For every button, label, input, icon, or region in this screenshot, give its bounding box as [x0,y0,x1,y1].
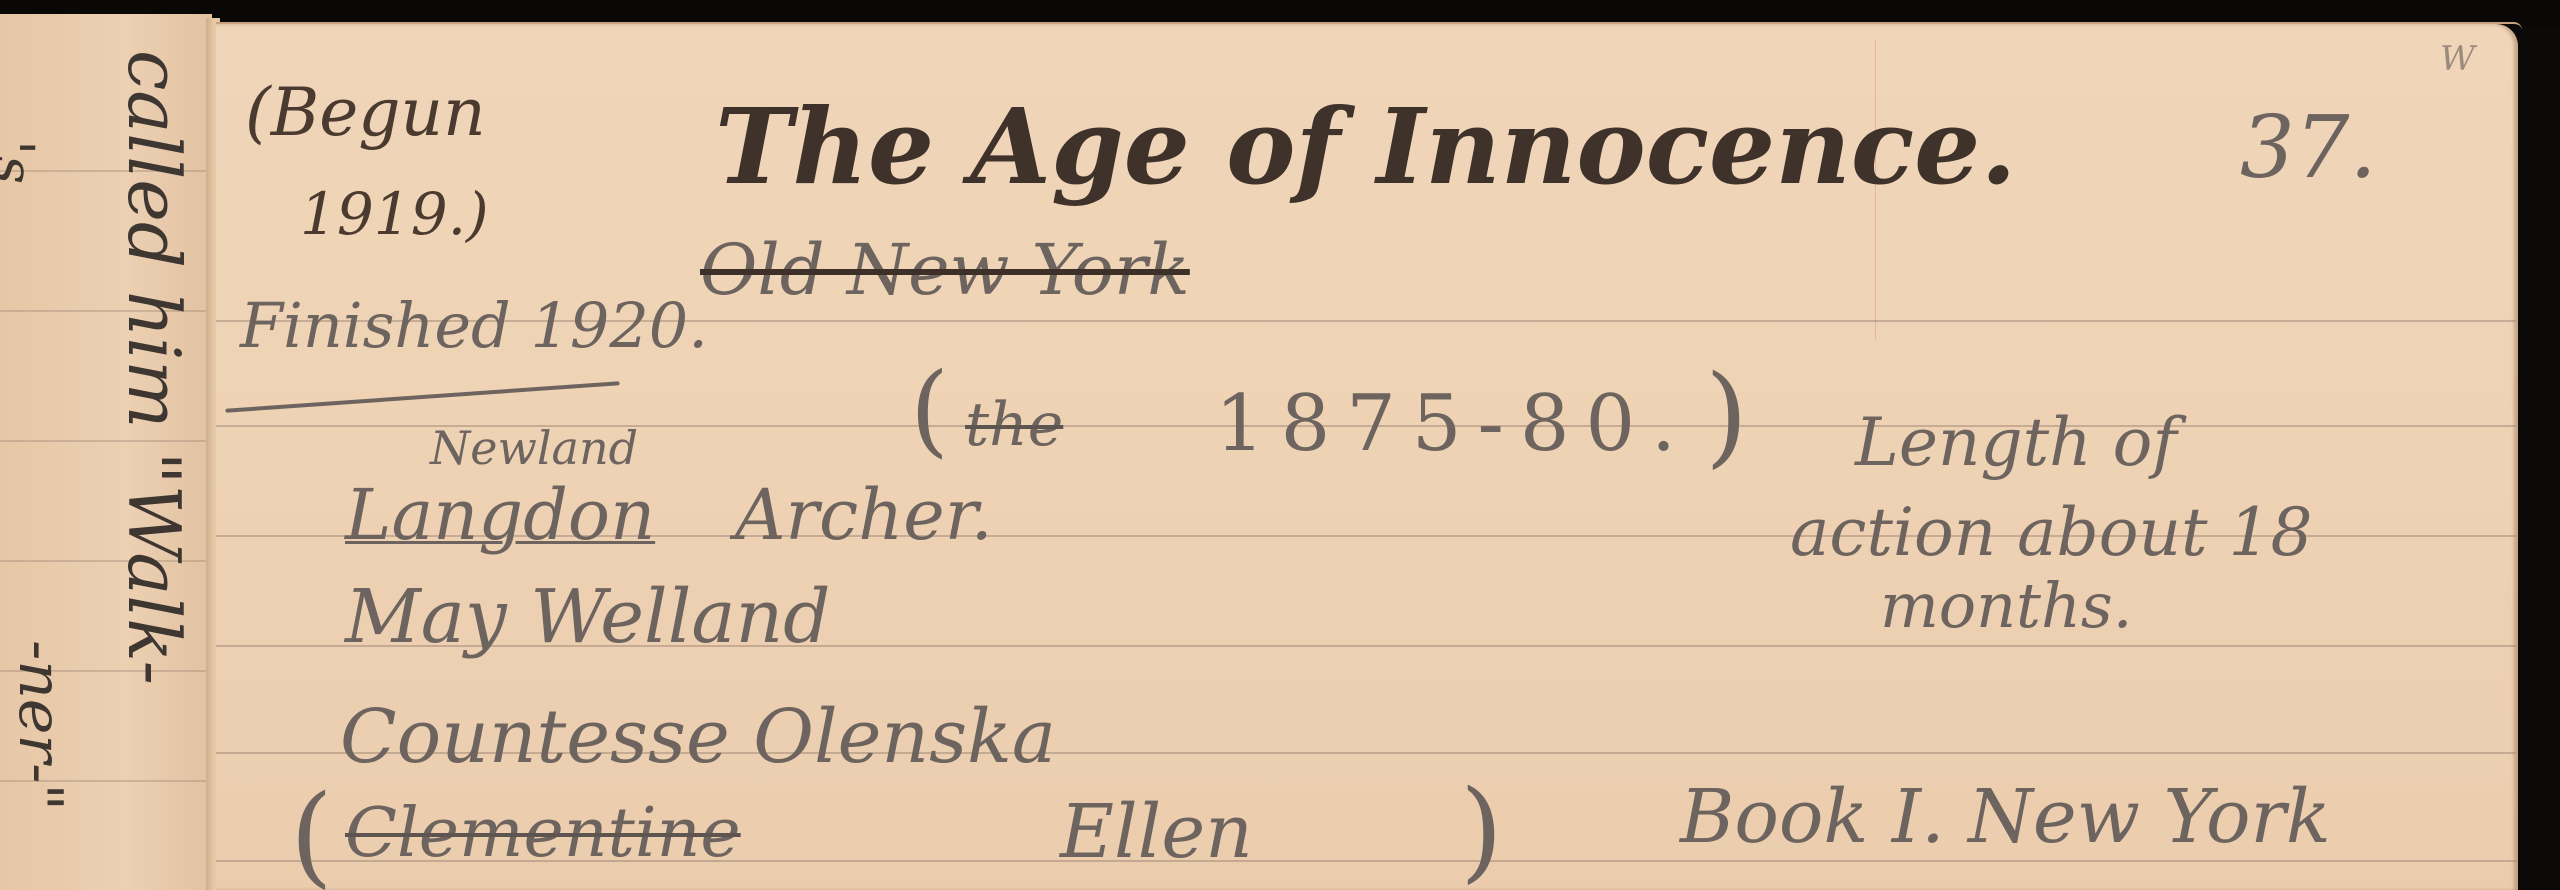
finished-note: Finished 1920. [240,295,708,357]
page-number: 37. [2240,105,2377,191]
character-may-welland: May Welland [345,580,831,654]
character-countesse-olenska: Countesse Olenska [340,700,1056,774]
left-page-fragment: 's [0,140,40,184]
close-paren: ) [1705,360,1748,470]
struck-subtitle: Old New York [700,235,1190,305]
struck-name-clementine: Clementine [345,800,741,868]
close-paren: ) [1460,775,1503,885]
page-edge [216,22,2522,30]
open-paren: ( [290,780,333,890]
left-page-vertical-text: called him "Walk- [118,50,190,685]
left-page-fragment: -ner-" [10,640,70,811]
open-paren: ( [910,360,949,460]
length-note-line-1: Length of [1855,410,2177,476]
page-title: The Age of Innocence. [715,95,2017,199]
struck-word-the: the [965,395,1063,455]
character-ellen: Ellen [1060,795,1253,869]
begun-year: 1919.) [300,185,489,243]
corner-mark: W [2440,42,2475,76]
period-years: 1875-80. [1215,385,1692,463]
length-note-line-3: months. [1880,575,2132,637]
inserted-name-newland: Newland [430,425,638,471]
character-surname-archer: Archer. [735,480,993,550]
struck-name-langdon: Langdon [345,480,655,550]
length-note-line-2: action about 18 [1790,500,2313,566]
book-heading: Book I. New York [1680,780,2331,854]
begun-label: (Begun [245,80,486,146]
